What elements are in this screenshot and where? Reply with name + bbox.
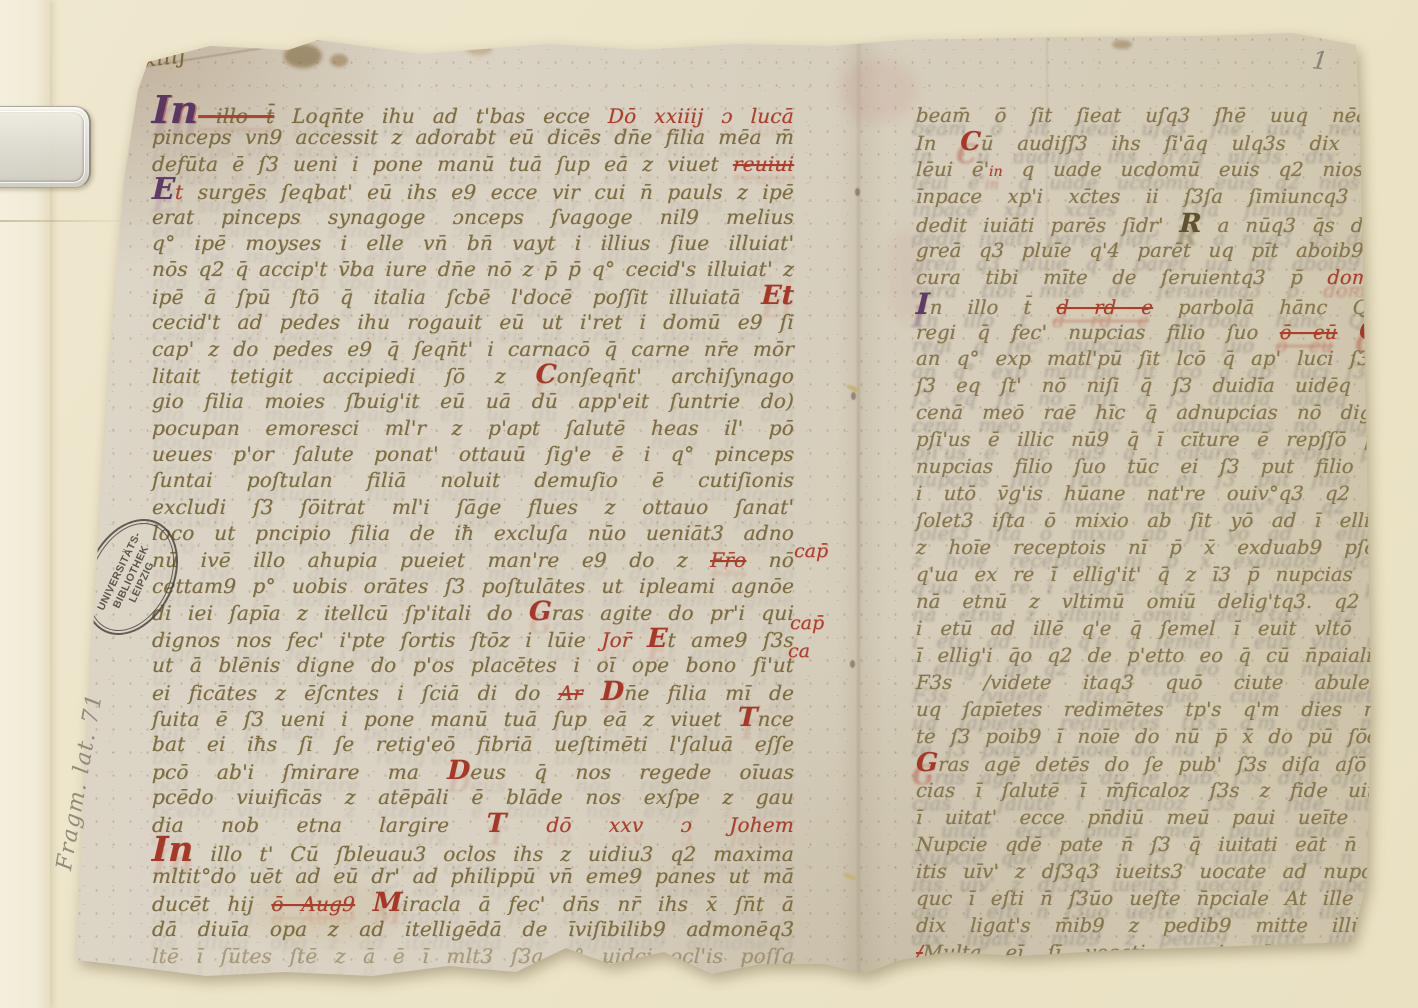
sewing-hole <box>850 660 855 668</box>
decorated-initial: E <box>647 623 668 654</box>
decorated-initial: I <box>915 287 930 321</box>
manuscript-line: dia nob etna largire T dō xxv ɔ Johem <box>152 811 795 837</box>
manuscript-line: i utō v̄g'is hūane nat're ouiv°q3 q2 ex̄ <box>916 480 1395 507</box>
body-text: ī uitat' ecce pn̄diū meū paui ueīte aē <box>916 806 1395 829</box>
body-text: q uade ucdomū euis q2 nios ē <box>1002 158 1394 181</box>
rubric-text: Jor̄ <box>601 628 648 652</box>
body-text: ſuita ē ſ3 ueni i pone manū tuā ſup eā z… <box>152 707 738 731</box>
manuscript-line: ſ3 eq ſt' nō niſi q̄ ſ3 duidīa uidēq oc <box>916 372 1395 399</box>
rubric-text: Fr̄o <box>710 548 747 572</box>
stain <box>330 54 348 67</box>
manuscript-line: nā etnū z vltimū omiū delig'tq3. q2 n̄ <box>916 588 1395 615</box>
body-text: nū ivē illo ahupia pueiet man're e9 do z <box>152 548 711 572</box>
body-text: iracla ā fec' dn̄s nr̄ ihs x̄ ſn̄t ā <box>402 892 795 916</box>
manuscript-line: ī uitat' ecce pn̄diū meū paui ueīte aē <box>916 804 1395 831</box>
body-text: cura tibi mīte de ſeruientq3 p̄ <box>916 266 1328 289</box>
manuscript-line: loco ut pncipio filia de iħ excluſa nūo … <box>152 520 795 546</box>
body-text: cecid't ad pedes ihu rogauit eū ut i'ret… <box>152 310 795 334</box>
body-text: n <box>1381 321 1394 344</box>
body-text: n <box>1377 334 1390 357</box>
manuscript-line: In illo t̄ Loqn̄te ihu ad t'bas ecce Dō … <box>152 98 795 124</box>
manuscript-line: ut ā blēnis digne do p'os placētes i oī … <box>152 652 795 678</box>
body-text: itis uīv' z dſ3q3 iueits3 uocate ad nupc… <box>916 860 1395 883</box>
rubric-text: Ar <box>558 681 583 705</box>
body-text: ras agite do pr'i qui <box>551 601 794 625</box>
body-text: ipē ā ſpū ſtō q̄ italia ſcbē l'docē poſſ… <box>152 285 762 309</box>
manuscript-line: In illo t' Cū ſbleuau3 oclos ihs z uidiu… <box>152 837 795 863</box>
body-text: t ame9 ſ3s <box>667 628 794 652</box>
body-text: dā diuīa opa z ad itelligēdā de īviſibil… <box>152 917 795 941</box>
rubric-text: domīc. <box>1327 266 1394 289</box>
body-text: ut ā blēnis digne do p'os placētes i oī … <box>152 653 795 677</box>
body-text: cias ī ſalutē ī m̄ficaloz ſ3s z fide uit… <box>916 779 1395 802</box>
manuscript-line: quc ī eſti n̄ ſ3ūo ueſte n̄pciale At ill… <box>916 885 1395 912</box>
body-text: parbolā hānc Quii <box>1152 296 1394 319</box>
rubric-text: ō eū <box>1279 321 1337 344</box>
body-text: dedit iuiāti parēs ſidr' <box>916 214 1180 237</box>
manuscript-line: In illo t̄ d rd e parbolā hānc Quii <box>916 291 1395 318</box>
body-text: i utō v̄g'is hūane nat're ouiv°q3 q2 ex̄ <box>916 482 1395 505</box>
paper-clamp-rim <box>0 111 85 183</box>
decorated-initial: Q <box>1358 316 1382 346</box>
decorated-initial: M <box>372 887 403 918</box>
manuscript-line: itis uīv' z dſ3q3 iueits3 uocate ad nupc… <box>916 858 1395 885</box>
manuscript-line: In Cū audiſſ3 ihs ſi'āq ulq3s dix pal <box>916 129 1395 156</box>
body-text: ei ficātes z ēſcntes i ſciā di do <box>152 681 559 705</box>
body-text: pſi'us ē illic nū9 q̄ ī cīture ē repſſō … <box>916 428 1395 451</box>
body-text: ltē ī ſūtes ſtē z ā ē ī mlt3 ſ3a u° uidc… <box>152 944 795 968</box>
manuscript-line: cap' z do pedes e9 q̄ ſeqn̄t' i carnacō … <box>152 336 795 362</box>
center-fold-line <box>857 40 860 975</box>
body-text: an q° exp matl'pū ſit lcō q̄ ap' luci ſ3… <box>916 347 1395 370</box>
manuscript-line: ſuntai poſtulan filiā noluit demuſio ē c… <box>152 467 795 493</box>
body-text: ī ellig'i q̄o q2 de p'etto eo q̄ cū n̄pa… <box>916 644 1395 667</box>
body-text: q° ipē moyses i elle vn̄ bn̄ vayt i illi… <box>152 231 795 255</box>
body-text: beam̄ ō ſit ſieat uſq3 ſhē uuq nēāita <box>916 104 1395 127</box>
parchment-fragment: In illo t̄ Loqn̄te ihu ad t'bas ecce Dō … <box>0 0 1418 1008</box>
body-text: ueues p'or ſalute ponat' ottauū ſig'e ē … <box>152 442 795 466</box>
manuscript-line: z hoīe receptois nī p̄ x̄ exduab9 pſoīe <box>916 534 1395 561</box>
manuscript-line: pſi'us ē illic nū9 q̄ ī cīture ē repſſō … <box>916 426 1395 453</box>
manuscript-line: ī ellig'i q̄o q2 de p'etto eo q̄ cū n̄pa… <box>916 642 1395 669</box>
body-text: lēui ē' <box>916 158 990 181</box>
body-text: n illo t̄ <box>929 296 1057 319</box>
body-text <box>355 892 374 916</box>
margin-rubric: cap̄ <box>790 612 824 634</box>
decorated-initial: D <box>447 755 471 786</box>
body-text: regi q̄ fec' nupcias filio ſuo <box>916 321 1281 344</box>
body-text: ſuntai poſtulan filiā noluit demuſio ē c… <box>152 468 795 492</box>
body-text: cettam9 p° uobis orātes ſ3 poſtulātes ut… <box>152 574 795 598</box>
rubric-text: d rd e <box>1056 296 1153 319</box>
body-text <box>1337 321 1359 344</box>
manuscript-line: cias ī ſalutē ī m̄ficaloz ſ3s z fide uit… <box>916 777 1395 804</box>
margin-rubric: cap̄ <box>794 540 828 562</box>
decorated-initial: T <box>737 702 758 733</box>
body-text: cenā meō raē hīc q̄ adnupcias nō dig'is <box>916 401 1395 424</box>
body-text: nōs q2 q̄ accip't v̄ba iure dn̄e nō z p̄… <box>152 257 795 281</box>
manuscript-line: defūta ē ſ3 ueni i pone manū tuā ſup eā … <box>152 151 795 177</box>
manuscript-line: lēui ē'in q uade ucdomū euis q2 nios ē <box>916 156 1395 183</box>
body-text: litait tetigit accipiedi ſō z <box>152 364 536 388</box>
sewing-hole <box>855 188 860 196</box>
body-text: nā etnū z vltimū omiū delig'tq3. q2 n̄ <box>916 590 1395 613</box>
body-text: di iei ſapīa z itellcū ſp'itali do <box>152 601 530 625</box>
body-text: ras agē detēs do ſe pub' ſ3s diſa aſō q <box>938 753 1395 776</box>
body-text: z hoīe receptois nī p̄ x̄ exduab9 pſoīe <box>916 536 1395 559</box>
body-text: F3s /videte itaq3 quō ciute abuletis <box>916 671 1395 694</box>
body-text: erat pinceps synagoge ɔnceps ſvagoge nil… <box>152 205 795 229</box>
decorated-initial: T <box>486 808 547 839</box>
manuscript-line: /Multa eī ſī vocati pauci uō electi di <box>916 939 1395 966</box>
decorated-initial: R <box>1179 208 1202 239</box>
rubric-text: ō Aug9 <box>271 892 356 916</box>
decorated-initial: G <box>915 748 938 778</box>
body-text: nce <box>757 707 794 731</box>
manuscript-photograph: In illo t̄ Loqn̄te ihu ad t'bas ecce Dō … <box>0 0 1418 1008</box>
body-text: pocupan emoresci ml'r z p'apt ſalutē hea… <box>152 416 795 440</box>
body-text: gio filia moies ſbuig'it eū uā dū app'ei… <box>152 389 795 413</box>
body-text: nupcias filio ſuo tūc ei ſ3 put filio nī <box>916 455 1395 478</box>
body-text: a nūq3 q̄s dn̄e, <box>1201 214 1394 237</box>
paper-clamp <box>0 106 91 188</box>
manuscript-line: i etū ad illē q'e q̄ ſemel ī euit vltō n… <box>916 615 1395 642</box>
manuscript-line: gio filia moies ſbuig'it eū uā dū app'ei… <box>152 388 795 414</box>
body-text: Nupcie qdē pate n̄ ſ3 q̄ iuitati eāt n̄ … <box>916 833 1395 856</box>
manuscript-line: beam̄ ō ſit ſieat uſq3 ſhē uuq nēāita <box>916 102 1395 129</box>
body-text: ſolet3 iſta ō mixio ab ſit yō ad ī ellib… <box>916 509 1395 532</box>
body-text: nō <box>746 548 795 572</box>
manuscript-line: Gras agē detēs do ſe pub' ſ3s diſa aſō q <box>916 750 1395 777</box>
body-text: In <box>916 132 961 155</box>
body-text: ſ3 eq ſt' nō niſi q̄ ſ3 duidīa uidēq oc <box>916 374 1395 397</box>
manuscript-line: an q° exp matl'pū ſit lcō q̄ ap' luci ſ3… <box>916 345 1395 372</box>
body-text: cap' z do pedes e9 q̄ ſeqn̄t' i carnacō … <box>152 337 795 361</box>
manuscript-line: cura tibi mīte de ſeruientq3 p̄ domīc. <box>916 264 1395 291</box>
manuscript-line: pcō ab'i ſmirare ma Deus q̄ nos regede o… <box>152 758 795 784</box>
manuscript-line: dignos nos fec' i'pte ſortis ſtōz i lūie… <box>152 626 795 652</box>
sewing-hole <box>851 392 856 400</box>
rubric-text: in <box>989 164 1003 180</box>
manuscript-line: ducēt hij ō Aug9 Miracla ā fec' dn̄s nr̄… <box>152 890 795 916</box>
decorated-initial: Et <box>761 280 795 311</box>
body-text: bat ei iħs ſi ſe retig'eō fibriā ueſtimē… <box>152 732 795 756</box>
red-smudge <box>838 58 918 122</box>
decorated-initial: G <box>528 596 552 627</box>
manuscript-line: uq ſapīetes redimētes tp's q'm dies ma <box>916 696 1395 723</box>
manuscript-line: greā q3 pluīe q'4 parēt uq pīt aboib9 n <box>916 237 1395 264</box>
manuscript-line: di iei ſapīa z itellcū ſp'itali do Gras … <box>152 599 795 625</box>
body-text: excludi ſ3 ſōitrat ml'i ſāge flues z ott… <box>152 495 795 519</box>
manuscript-line: cecid't ad pedes ihu rogauit eū ut i'ret… <box>152 309 795 335</box>
manuscript-line: /Multa eī ſī vocati pauci uō electi di <box>912 952 1391 979</box>
stain <box>284 44 322 68</box>
body-text: ū audiſſ3 ihs ſi'āq ulq3s dix pal <box>980 132 1394 155</box>
body-text: pinceps vn9 accessit z adorabt eū dicēs … <box>152 125 795 149</box>
manuscript-line: erat pinceps synagoge ɔnceps ſvagoge nil… <box>152 204 795 230</box>
manuscript-line: Et surgēs ſeqbat' eū ihs e9 ecce vir cui… <box>152 177 795 203</box>
manuscript-line: dā diuīa opa z ad itelligēdā de īviſibil… <box>152 916 795 942</box>
manuscript-line: te ſ3 poib9 ī noīe do nū p̄ x̄ do pū ſōd… <box>916 723 1395 750</box>
body-text <box>583 681 602 705</box>
manuscript-line: nupcias filio ſuo tūc ei ſ3 put filio nī <box>916 453 1395 480</box>
body-text: quc ī eſti n̄ ſ3ūo ueſte n̄pciale At ill… <box>916 887 1395 910</box>
body-text: dignos nos fec' i'pte ſortis ſtōz i lūie <box>152 628 602 652</box>
stain <box>466 44 492 55</box>
manuscript-line: ueues p'or ſalute ponat' ottauū ſig'e ē … <box>152 441 795 467</box>
decorated-initial: C <box>960 127 982 157</box>
decorated-initial: D <box>601 676 625 707</box>
body-text: loco ut pncipio filia de iħ excluſa nūo … <box>152 521 795 545</box>
decorated-initial: C <box>535 359 557 390</box>
manuscript-line: regi q̄ fec' nupcias filio ſuo ō eū Qn <box>916 318 1395 345</box>
manuscript-line: pocupan emoresci ml'r z p'apt ſalutē hea… <box>152 415 795 441</box>
body-text: ducēt hij <box>152 892 272 916</box>
manuscript-line: ipē ā ſpū ſtō q̄ italia ſcbē l'docē poſſ… <box>152 283 795 309</box>
body-text: q'ua ex re ī ellig'it' q̄ z ī3 p̄ nupcia… <box>916 563 1395 586</box>
body-text: onſeqn̄t' archiſynago <box>556 364 794 388</box>
body-text: pcēdo viuificās z atēpāli ē blāde nos ex… <box>152 785 795 809</box>
decorated-initial: E <box>151 172 175 207</box>
rubric-text: reuiui <box>732 152 794 176</box>
body-text: dix ligat's m̄ib9 z pedib9 mitte illū i <box>916 914 1395 937</box>
body-text: Multa eī ſī vocati pauci uō electi di <box>918 954 1390 977</box>
manuscript-line: nōs q2 q̄ accip't v̄ba iure dn̄e nō z p̄… <box>152 256 795 282</box>
body-text: pcō ab'i ſmirare ma <box>152 760 448 784</box>
manuscript-line: litait tetigit accipiedi ſō z Conſeqn̄t'… <box>152 362 795 388</box>
body-text: eus q̄ nos regede oīuas <box>470 760 794 784</box>
manuscript-line: ſuita ē ſ3 ueni i pone manū tuā ſup eā z… <box>152 705 795 731</box>
body-text: Multa eī ſī vocati pauci uō electi di <box>922 941 1394 964</box>
fragment-shadow-wrapper: In illo t̄ Loqn̄te ihu ad t'bas ecce Dō … <box>0 0 1418 1008</box>
manuscript-line: Nupcie qdē pate n̄ ſ3 q̄ iuitati eāt n̄ … <box>916 831 1395 858</box>
body-text: īnpace xp'i xc̄tes ii ſ3ſa ſimiuncq3 ſil <box>916 185 1395 208</box>
left-text-column: In illo t̄ Loqn̄te ihu ad t'bas ecce Dō … <box>152 98 794 969</box>
manuscript-line: mltit°do uēt ad eū dr' ad philippū vn̄ e… <box>152 863 795 889</box>
body-text: surgēs ſeqbat' eū ihs e9 ecce vir cui n̄… <box>183 180 795 204</box>
manuscript-line: ei ficātes z ēſcntes i ſciā di do Ar Dn̄… <box>152 679 795 705</box>
right-text-column: beam̄ ō ſit ſieat uſq3 ſhē uuq nēāitaIn … <box>916 102 1394 966</box>
manuscript-line: dedit iuiāti parēs ſidr' R a nūq3 q̄s dn… <box>916 210 1395 237</box>
manuscript-line: cettam9 p° uobis orātes ſ3 poſtulātes ut… <box>152 573 795 599</box>
body-text: i etū ad illē q'e q̄ ſemel ī euit vltō n… <box>916 617 1395 640</box>
stain <box>1112 40 1132 49</box>
manuscript-line: dix ligat's m̄ib9 z pedib9 mitte illū i <box>916 912 1395 939</box>
manuscript-line: pinceps vn9 accessit z adorabt eū dicēs … <box>152 124 795 150</box>
manuscript-line: q'ua ex re ī ellig'it' q̄ z ī3 p̄ nupcia… <box>916 561 1395 588</box>
rubric-text: dō xxv ɔ Johem <box>546 813 794 837</box>
manuscript-line: īnpace xp'i xc̄tes ii ſ3ſa ſimiuncq3 ſil <box>916 183 1395 210</box>
body-text: uq ſapīetes redimētes tp's q'm dies ma <box>916 698 1395 721</box>
body-text: dia nob etna largire <box>152 813 487 837</box>
manuscript-line: bat ei iħs ſi ſe retig'eō fibriā ueſtimē… <box>152 731 795 757</box>
margin-rubric: ca <box>788 640 810 662</box>
manuscript-line: excludi ſ3 ſōitrat ml'i ſāge flues z ott… <box>152 494 795 520</box>
manuscript-line: cenā meō raē hīc q̄ adnupcias nō dig'is <box>916 399 1395 426</box>
body-text: te ſ3 poib9 ī noīe do nū p̄ x̄ do pū ſōd… <box>916 725 1395 748</box>
manuscript-line: F3s /videte itaq3 quō ciute abuletis <box>916 669 1395 696</box>
body-text: defūta ē ſ3 ueni i pone manū tuā ſup eā … <box>152 152 734 176</box>
manuscript-line: q° ipē moyses i elle vn̄ bn̄ vayt i illi… <box>152 230 795 256</box>
manuscript-line: ſolet3 iſta ō mixio ab ſit yō ad ī ellib… <box>916 507 1395 534</box>
manuscript-line: nū ivē illo ahupia pueiet man're e9 do z… <box>152 547 795 573</box>
body-text: greā q3 pluīe q'4 parēt uq pīt aboib9 n <box>916 239 1395 262</box>
body-text: mltit°do uēt ad eū dr' ad philippū vn̄ e… <box>152 864 795 888</box>
rubric-text: / <box>912 954 919 977</box>
manuscript-line: ltē ī ſūtes ſtē z ā ē ī mlt3 ſ3a u° uidc… <box>152 943 795 969</box>
body-text: n̄e filia mī de <box>624 681 795 705</box>
manuscript-line: pcēdo viuificās z atēpāli ē blāde nos ex… <box>152 784 795 810</box>
